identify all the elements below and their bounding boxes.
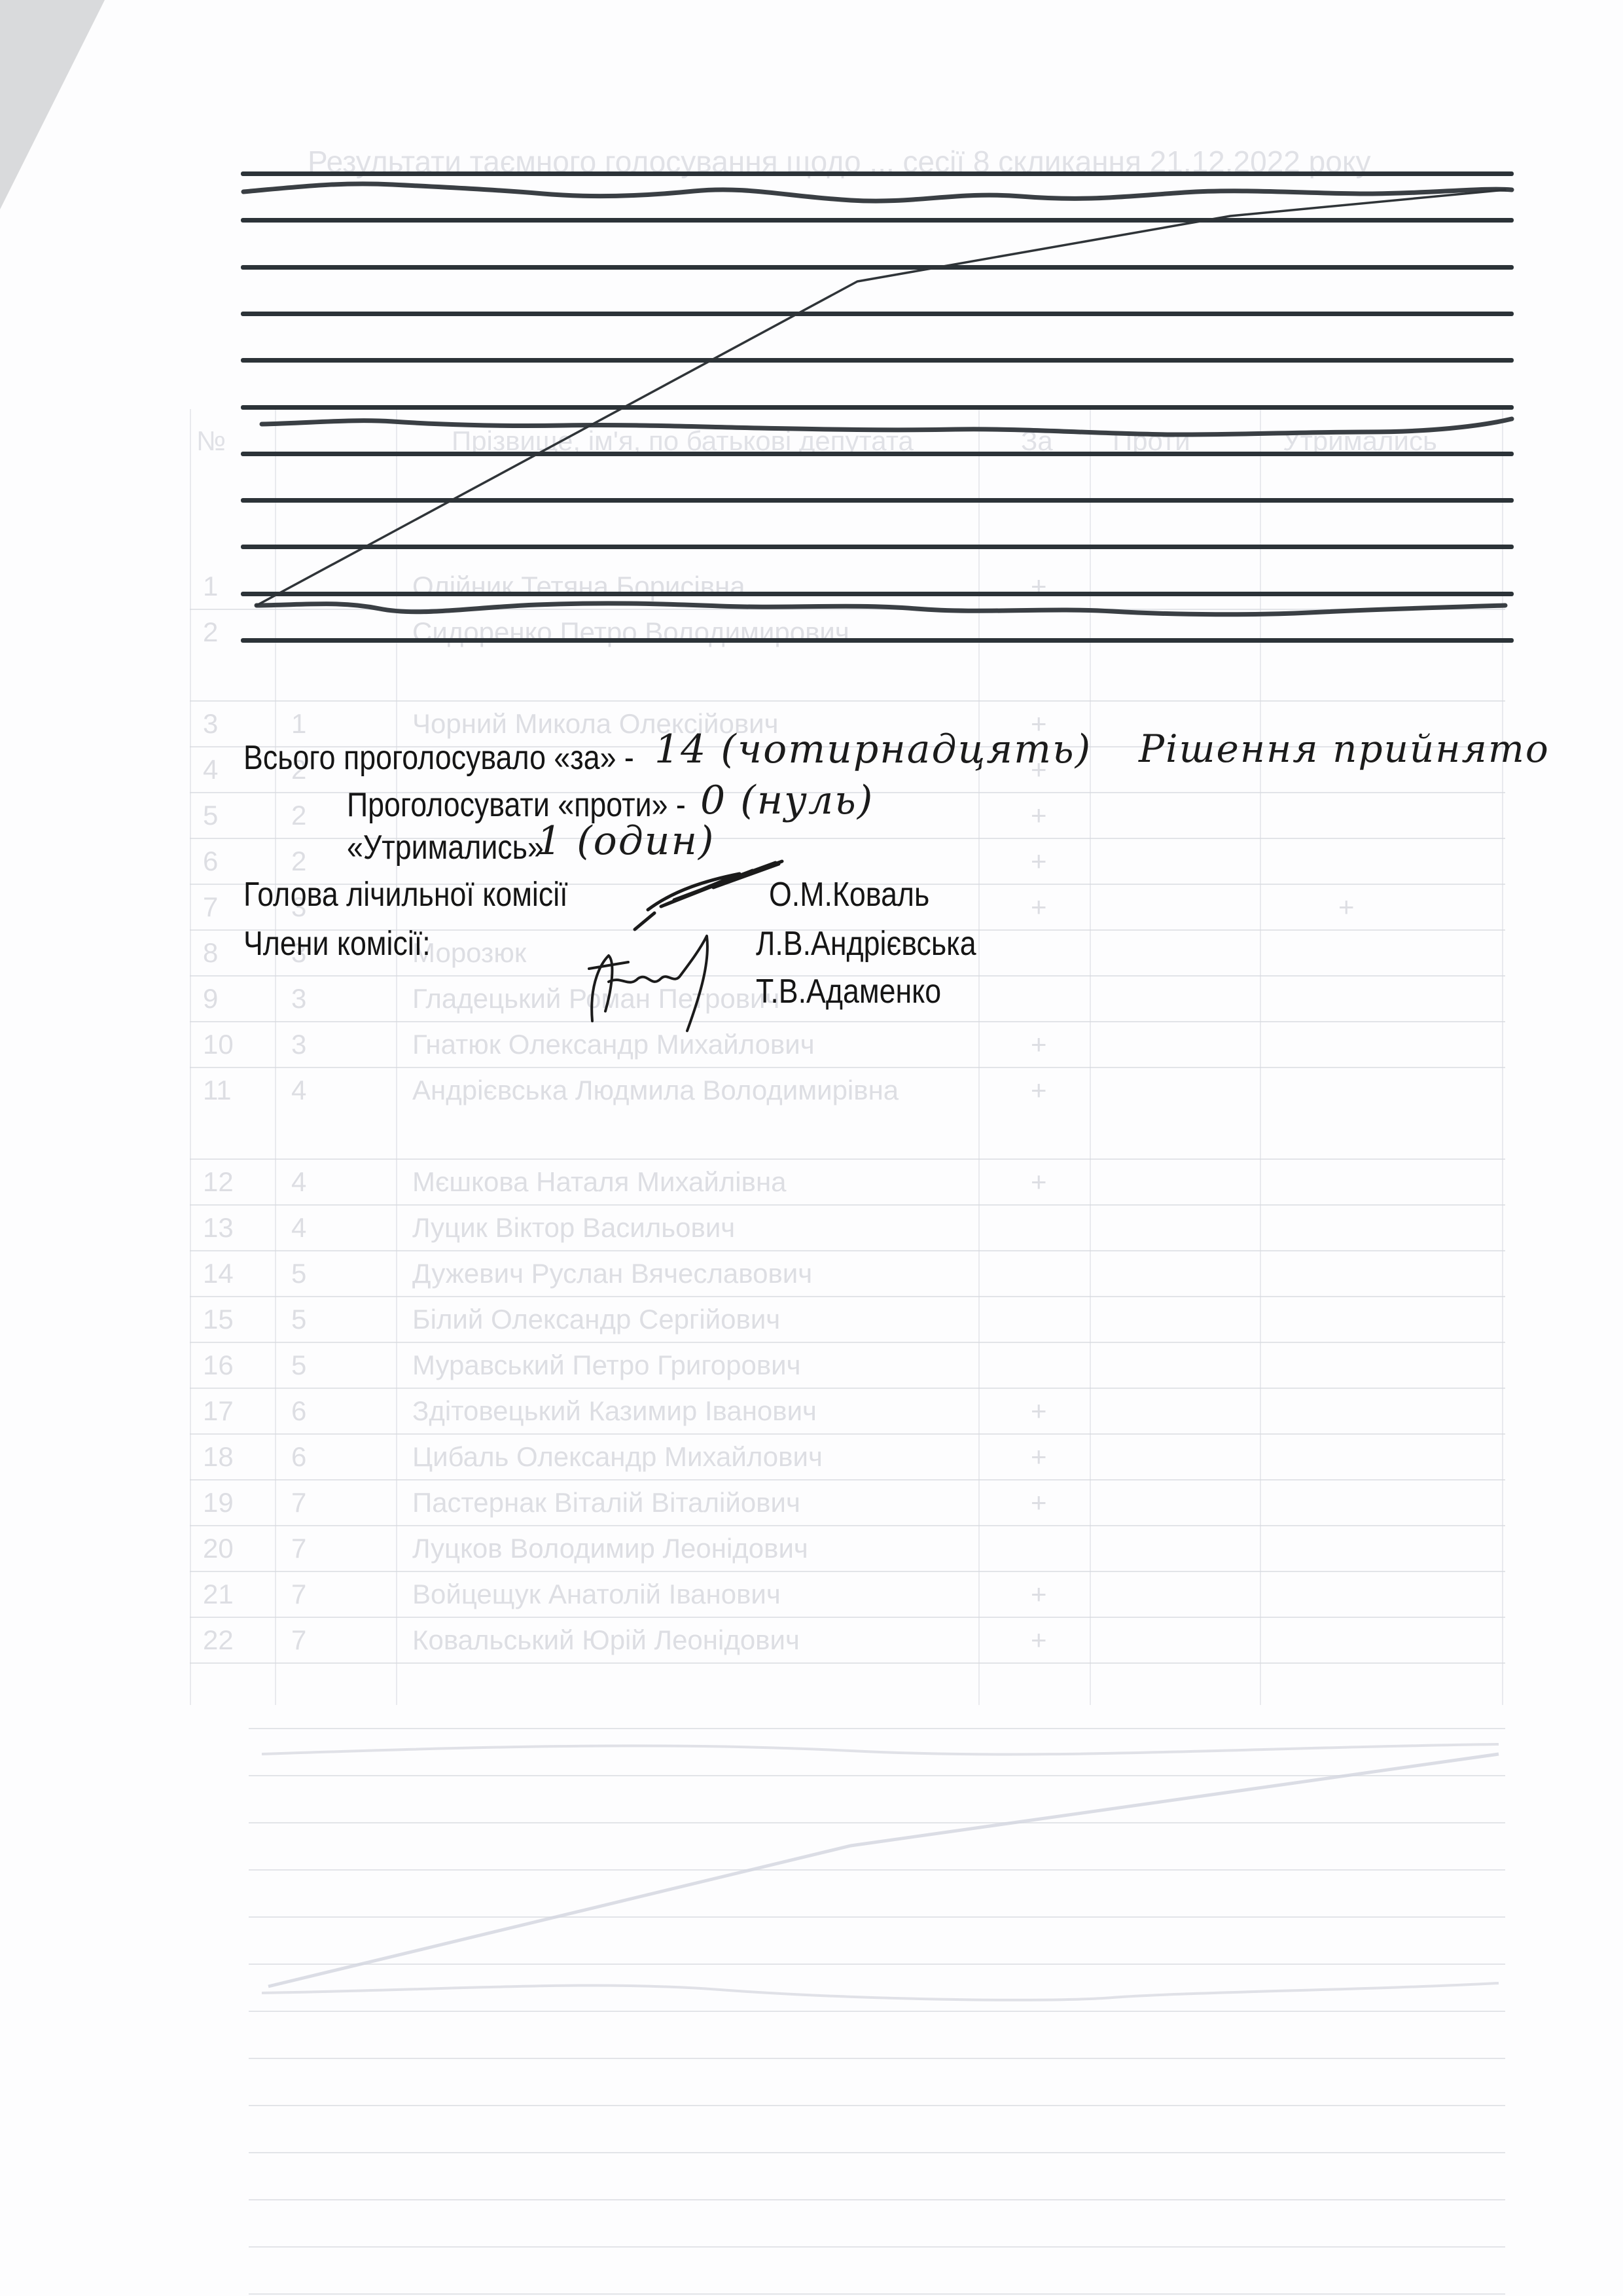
ghost-lower-rule [249, 1728, 1505, 1729]
ghost-cell: 5 [291, 1350, 306, 1381]
ghost-cell: 8 [203, 937, 218, 969]
ghost-cell: 17 [203, 1395, 234, 1427]
ghost-cell: 5 [291, 1304, 306, 1335]
strike-rule-line [241, 358, 1514, 363]
abstain-votes-handwritten: 1 (один) [537, 818, 715, 864]
ghost-table-row: 165Муравський Петро Григорович [190, 1342, 1505, 1388]
ghost-cell: Гладецький Роман Петрович [412, 983, 779, 1014]
against-votes-handwritten: 0 (нуль) [700, 778, 874, 823]
ghost-cell: Луцков Володимир Леонідович [412, 1533, 808, 1564]
ghost-cell: 5 [203, 800, 218, 831]
ghost-table-row: 103Гнатюк Олександр Михайлович+ [190, 1021, 1505, 1067]
ghost-lower-rule [249, 1964, 1505, 1965]
ghost-cell: 7 [291, 1579, 306, 1610]
ghost-cell: 3 [203, 708, 218, 740]
strike-rule-line [241, 545, 1514, 549]
ghost-col-num: № [196, 425, 226, 457]
ghost-wavy-lower [262, 1744, 1499, 1754]
wavy-strike-top [243, 184, 1512, 201]
abstain-votes-label: «Утримались» [347, 828, 544, 867]
ghost-cell: Луцик Віктор Васильович [412, 1212, 735, 1244]
ghost-lower-rule [249, 1822, 1505, 1823]
ghost-row-divider [190, 1662, 1505, 1664]
ghost-lower-rule [249, 1775, 1505, 1776]
strike-rule-line [241, 405, 1514, 410]
strike-rule-line [241, 265, 1514, 270]
ghost-cell: + [1031, 1487, 1047, 1518]
member-name: Т.В.Адаменко [756, 972, 941, 1011]
ghost-cell: + [1031, 1395, 1047, 1427]
chair-label: Голова лічильної комісії [243, 875, 568, 914]
strike-rule-line [241, 638, 1514, 643]
ghost-cell: Ковальський Юрій Леонідович [412, 1624, 800, 1656]
ghost-cell: 2 [291, 846, 306, 877]
ghost-lower-rule [249, 2152, 1505, 2153]
ghost-cell: + [1338, 891, 1355, 923]
ghost-cell: 13 [203, 1212, 234, 1244]
ghost-cell: + [1031, 1075, 1047, 1106]
ghost-cell: + [1031, 571, 1047, 602]
ghost-cell: Цибаль Олександр Михайлович [412, 1441, 823, 1473]
ghost-table-row: 2Сидоренко Петро Володимирович [190, 609, 1505, 700]
ghost-cell: 2 [291, 800, 306, 831]
ghost-lower-rule [249, 2011, 1505, 2012]
ghost-cell: + [1031, 800, 1047, 831]
strike-rule-line [241, 452, 1514, 456]
ghost-table-row: 134Луцик Віктор Васильович [190, 1204, 1505, 1250]
ghost-cell: 7 [291, 1533, 306, 1564]
ghost-table-row: 155Білий Олександр Сергійович [190, 1296, 1505, 1342]
ghost-cell: + [1031, 1166, 1047, 1198]
ghost-lower-rule [249, 1916, 1505, 1918]
ghost-cell: 20 [203, 1533, 234, 1564]
ghost-cell: + [1031, 1029, 1047, 1060]
ghost-lower-rule [249, 2293, 1505, 2295]
ghost-cell: 6 [203, 846, 218, 877]
ghost-cell: 4 [291, 1075, 306, 1106]
ghost-cell: Пастернак Віталій Віталійович [412, 1487, 800, 1518]
ghost-cell: Білий Олександр Сергійович [412, 1304, 780, 1335]
strike-rule-line [241, 171, 1514, 176]
ghost-cell: 7 [203, 891, 218, 923]
ghost-table-row: 176Здітовецький Казимир Іванович+ [190, 1388, 1505, 1433]
ghost-cell: 15 [203, 1304, 234, 1335]
scanned-document-page: Результати таємного голосування щодо ...… [0, 0, 1623, 2296]
ghost-cell: Олійник Тетяна Борисівна [412, 571, 745, 602]
member-name: Л.В.Андрієвська [756, 924, 976, 963]
ghost-table-row: 197Пастернак Віталій Віталійович+ [190, 1479, 1505, 1525]
ghost-table-row: 207Луцков Володимир Леонідович [190, 1525, 1505, 1571]
ghost-cell: 4 [203, 754, 218, 785]
decision-handwritten: Рішення прийнято [1139, 726, 1550, 771]
ghost-cell: 3 [291, 983, 306, 1014]
strike-rule-line [241, 312, 1514, 316]
ghost-cell: 9 [203, 983, 218, 1014]
ghost-cell: 6 [291, 1395, 306, 1427]
ghost-cell: 14 [203, 1258, 234, 1289]
ghost-lower-rule [249, 2105, 1505, 2106]
ghost-lower-rule [249, 2058, 1505, 2059]
for-votes-label: Всього проголосувало «за» - [243, 738, 634, 778]
ghost-table-row: 145Дужевич Руслан Вячеславович [190, 1250, 1505, 1296]
ghost-cell: 18 [203, 1441, 234, 1473]
ghost-cell: 19 [203, 1487, 234, 1518]
ghost-cell: Мєшкова Наталя Михайлівна [412, 1166, 787, 1198]
strike-rule-line [241, 498, 1514, 503]
ghost-cell: + [1031, 891, 1047, 923]
ghost-cell: 21 [203, 1579, 234, 1610]
ghost-cell: Гнатюк Олександр Михайлович [412, 1029, 815, 1060]
ghost-cell: 16 [203, 1350, 234, 1381]
for-votes-handwritten: 14 (чотирнадцять) [654, 726, 1092, 772]
ghost-cell: 3 [291, 1029, 306, 1060]
ghost-cell: Дужевич Руслан Вячеславович [412, 1258, 812, 1289]
ghost-cell: 22 [203, 1624, 234, 1656]
folded-corner [0, 0, 105, 209]
ghost-cell: 4 [291, 1212, 306, 1244]
ghost-lower-rule [249, 2246, 1505, 2248]
ghost-cell: + [1031, 846, 1047, 877]
ghost-cell: 1 [203, 571, 218, 602]
ghost-table-row: 1Олійник Тетяна Борисівна+ [190, 563, 1505, 609]
ghost-cell: Здітовецький Казимир Іванович [412, 1395, 817, 1427]
ghost-table-row: 186Цибаль Олександр Михайлович+ [190, 1433, 1505, 1479]
ghost-cell: 11 [203, 1075, 232, 1106]
chair-name: О.М.Коваль [769, 875, 929, 914]
ghost-cell: + [1031, 1441, 1047, 1473]
ghost-cell: + [1031, 1579, 1047, 1610]
ghost-cell: 7 [291, 1487, 306, 1518]
ghost-cell: 1 [291, 708, 306, 740]
members-label: Члени комісії: [243, 924, 431, 963]
ghost-lower-rule [249, 1869, 1505, 1871]
ghost-cell: Сидоренко Петро Володимирович [412, 617, 849, 648]
ghost-table-row: 114Андрієвська Людмила Володимирівна+ [190, 1067, 1505, 1158]
ghost-cell: 7 [291, 1624, 306, 1656]
ghost-cell: + [1031, 1624, 1047, 1656]
ghost-wavy-lower-2 [262, 1983, 1499, 2000]
diagonal-strike-top [257, 190, 1505, 605]
ghost-cell: Андрієвська Людмила Володимирівна [412, 1075, 899, 1106]
ghost-cell: 10 [203, 1029, 234, 1060]
ghost-cell: Муравський Петро Григорович [412, 1350, 801, 1381]
strike-rule-line [241, 592, 1514, 596]
ghost-cell: 2 [203, 617, 218, 648]
ghost-table-row: 227Ковальський Юрій Леонідович+ [190, 1617, 1505, 1662]
ghost-table-row: 124Мєшкова Наталя Михайлівна+ [190, 1158, 1505, 1204]
ghost-cell: 4 [291, 1166, 306, 1198]
ghost-cell: 5 [291, 1258, 306, 1289]
ghost-cell: 6 [291, 1441, 306, 1473]
ghost-lower-rule [249, 2199, 1505, 2200]
strike-rule-line [241, 218, 1514, 223]
ghost-cell: 12 [203, 1166, 234, 1198]
ghost-cell: Войцещук Анатолій Іванович [412, 1579, 781, 1610]
ghost-table-row: 217Войцещук Анатолій Іванович+ [190, 1571, 1505, 1617]
